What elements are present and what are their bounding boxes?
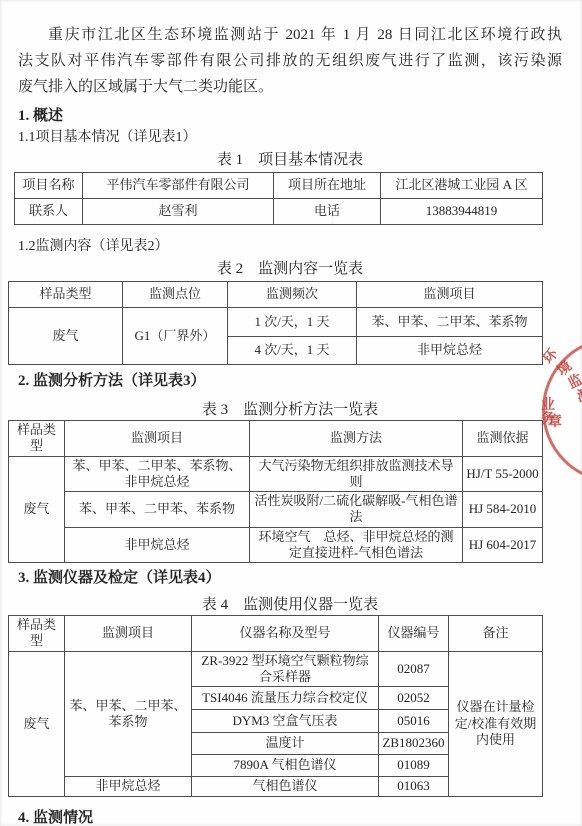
t3-basis-2: HJ 584-2010 xyxy=(463,492,543,528)
t3-method-2: 活性炭吸附/二硫化碳解吸-气相色谱法 xyxy=(250,492,463,528)
t2-header-items: 监测项目 xyxy=(357,282,543,308)
table-instruments: 样品类型 监测项目 仪器名称及型号 仪器编号 备注 废气 苯、甲苯、二甲苯、苯系… xyxy=(8,615,543,797)
t4-instrument-4: 温度计 xyxy=(192,733,379,755)
table1-caption: 表 1 项目基本情况表 xyxy=(18,150,562,170)
section-1-heading: 1. 概述 xyxy=(18,106,562,126)
section-3-heading: 3. 监测仪器及检定（详见表4） xyxy=(18,568,562,588)
t3-basis-1: HJ/T 55-2000 xyxy=(463,456,543,492)
t4-instrument-5: 7890A 气相色谱仪 xyxy=(192,755,379,777)
section-4-heading: 4. 监测情况 xyxy=(18,808,562,826)
table-analysis-methods: 样品类型 监测项目 监测方法 监测依据 废气 苯、甲苯、二甲苯、苯系物、非甲烷总… xyxy=(8,420,543,563)
t4-header-number: 仪器编号 xyxy=(379,616,449,652)
t2-sample-type: 废气 xyxy=(9,308,123,365)
table-monitoring-content: 样品类型 监测点位 监测频次 监测项目 废气 G1（厂界外） 1 次/天，1 天… xyxy=(8,281,543,365)
t4-header-item: 监测项目 xyxy=(65,616,192,652)
document-content: 重庆市江北区生态环境监测站于 2021 年 1 月 28 日同江北区环境行政执 … xyxy=(0,0,582,826)
t4-instrument-6: 气相色谱仪 xyxy=(192,777,379,797)
t3-item-1: 苯、甲苯、二甲苯、苯系物、非甲烷总烃 xyxy=(65,456,250,492)
t3-header-basis: 监测依据 xyxy=(463,421,543,457)
t2-header-sample-type: 样品类型 xyxy=(9,282,123,308)
t3-sample-type: 废气 xyxy=(9,456,65,563)
t3-basis-3: HJ 604-2017 xyxy=(463,527,543,563)
t4-item-group1: 苯、甲苯、二甲苯、苯系物 xyxy=(65,651,192,777)
t4-number-1: 02087 xyxy=(379,651,449,687)
t2-items-2: 非甲烷总烃 xyxy=(357,337,543,365)
t3-header-item: 监测项目 xyxy=(65,421,250,457)
t3-item-3: 非甲烷总烃 xyxy=(65,527,250,563)
table3-caption: 表 3 监测分析方法一览表 xyxy=(18,400,562,420)
t4-remark: 仪器在计量检定/校准有效期内使用 xyxy=(449,651,543,797)
phone-label: 电话 xyxy=(274,199,381,225)
t3-header-sample-type: 样品类型 xyxy=(9,421,65,457)
t4-number-2: 02052 xyxy=(379,687,449,710)
t2-frequency-2: 4 次/天，1 天 xyxy=(228,337,357,365)
section-1-1-subheading: 1.1项目基本情况（详见表1） xyxy=(18,128,562,148)
t3-header-method: 监测方法 xyxy=(250,421,463,457)
t4-instrument-2: TSI4046 流量压力综合校定仪 xyxy=(192,687,379,710)
project-name-value: 平伟汽车零部件有限公司 xyxy=(83,173,274,199)
document-page: 重庆市江北区生态环境监测站于 2021 年 1 月 28 日同江北区环境行政执 … xyxy=(0,0,582,826)
t3-method-1: 大气污染物无组织排放监测技术导则 xyxy=(250,456,463,492)
t2-monitor-point: G1（厂界外） xyxy=(123,308,228,365)
section-1-2-subheading: 1.2监测内容（详见表2） xyxy=(18,237,562,257)
intro-line-2: 法支队对平伟汽车零部件有限公司排放的无组织废气进行了监测，该污染源 xyxy=(18,48,562,74)
project-address-label: 项目所在地址 xyxy=(274,173,381,199)
project-name-label: 项目名称 xyxy=(15,173,83,199)
t3-method-3: 环境空气 总烃、非甲烷总烃的测定直接进样-气相色谱法 xyxy=(250,527,463,563)
intro-line-1: 重庆市江北区生态环境监测站于 2021 年 1 月 28 日同江北区环境行政执 xyxy=(18,22,562,48)
t2-items-1: 苯、甲苯、二甲苯、苯系物 xyxy=(357,308,543,337)
t4-header-instrument: 仪器名称及型号 xyxy=(192,616,379,652)
phone-value: 13883944819 xyxy=(381,199,543,225)
t4-item-group2: 非甲烷总烃 xyxy=(65,777,192,797)
t4-header-sample-type: 样品类型 xyxy=(9,616,65,652)
intro-line-3: 废气排入的区域属于大气二类功能区。 xyxy=(18,74,562,100)
t2-header-frequency: 监测频次 xyxy=(228,282,357,308)
intro-paragraph: 重庆市江北区生态环境监测站于 2021 年 1 月 28 日同江北区环境行政执 … xyxy=(18,22,562,100)
t4-instrument-3: DYM3 空盒气压表 xyxy=(192,710,379,733)
table2-caption: 表 2 监测内容一览表 xyxy=(18,259,562,279)
t4-number-3: 05016 xyxy=(379,710,449,733)
contact-label: 联系人 xyxy=(15,199,83,225)
t4-sample-type: 废气 xyxy=(9,651,65,797)
t4-number-4: ZB1802360 xyxy=(379,733,449,755)
t4-number-6: 01063 xyxy=(379,777,449,797)
t3-item-2: 苯、甲苯、二甲苯、苯系物 xyxy=(65,492,250,528)
table-project-info: 项目名称 平伟汽车零部件有限公司 项目所在地址 江北区港城工业园 A 区 联系人… xyxy=(14,172,543,225)
t2-frequency-1: 1 次/天，1 天 xyxy=(228,308,357,337)
t4-instrument-1: ZR-3922 型环境空气颗粒物综合采样器 xyxy=(192,651,379,687)
t4-number-5: 01089 xyxy=(379,755,449,777)
t4-header-remark: 备注 xyxy=(449,616,543,652)
project-address-value: 江北区港城工业园 A 区 xyxy=(381,173,543,199)
contact-value: 赵雪利 xyxy=(83,199,274,225)
table4-caption: 表 4 监测使用仪器一览表 xyxy=(18,595,562,615)
section-2-heading: 2. 监测分析方法（详见表3） xyxy=(18,371,562,391)
t2-header-point: 监测点位 xyxy=(123,282,228,308)
